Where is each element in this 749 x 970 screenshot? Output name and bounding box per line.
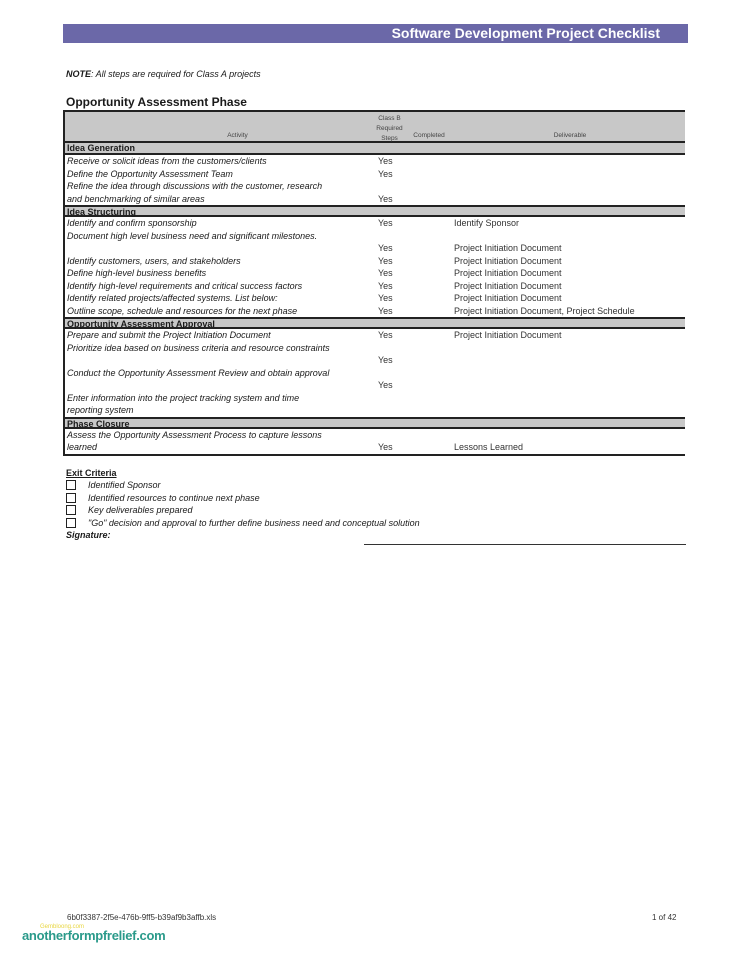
deliverable-cell: Project Initiation Document — [454, 255, 562, 268]
required-cell: Yes — [378, 168, 393, 181]
exit-criteria-item: "Go" decision and approval to further de… — [66, 517, 420, 530]
activity-cell: Outline scope, schedule and resources fo… — [65, 305, 365, 318]
exit-criteria: Exit Criteria Identified SponsorIdentifi… — [66, 467, 420, 541]
required-cell: Yes — [378, 280, 393, 293]
exit-criteria-item: Identified Sponsor — [66, 479, 420, 492]
activity-cell: Prioritize idea based on business criter… — [65, 342, 365, 367]
signature-label: Signature: — [66, 529, 420, 541]
required-cell: Yes — [378, 255, 393, 268]
column-header-activity: Activity — [65, 132, 410, 139]
required-cell: Yes — [378, 305, 393, 318]
deliverable-cell: Lessons Learned — [454, 441, 523, 454]
required-cell: Yes — [378, 242, 393, 255]
checkbox[interactable] — [66, 480, 76, 490]
deliverable-cell: Project Initiation Document, Project Sch… — [454, 305, 635, 318]
activity-line — [67, 242, 365, 255]
activity-line: Enter information into the project track… — [67, 392, 365, 405]
required-cell: Yes — [378, 441, 393, 454]
activity-line: Refine the idea through discussions with… — [67, 180, 365, 193]
required-cell: Yes — [378, 354, 393, 367]
section-header: Opportunity Assessment Approval — [65, 317, 685, 329]
activity-cell: Refine the idea through discussions with… — [65, 180, 365, 205]
table-row: Outline scope, schedule and resources fo… — [65, 305, 685, 318]
activity-line — [67, 354, 365, 367]
activity-line: Define the Opportunity Assessment Team — [67, 168, 365, 181]
section-header: Idea Structuring — [65, 205, 685, 217]
note: NOTE: All steps are required for Class A… — [66, 69, 261, 79]
deliverable-cell: Project Initiation Document — [454, 267, 562, 280]
signature-line[interactable] — [364, 544, 686, 545]
exit-criteria-list: Identified SponsorIdentified resources t… — [66, 479, 420, 529]
activity-line: Define high-level business benefits — [67, 267, 365, 280]
activity-line: learned — [67, 441, 365, 454]
activity-line: Document high level business need and si… — [67, 230, 365, 243]
table-row: Conduct the Opportunity Assessment Revie… — [65, 367, 685, 392]
exit-criteria-label: Identified Sponsor — [88, 480, 161, 490]
activity-cell: Conduct the Opportunity Assessment Revie… — [65, 367, 365, 392]
table-row: Assess the Opportunity Assessment Proces… — [65, 429, 685, 456]
table-body: Idea GenerationReceive or solicit ideas … — [65, 143, 685, 456]
table-row: Prioritize idea based on business criter… — [65, 342, 685, 367]
class-b-line1: Class B — [367, 114, 412, 124]
activity-cell: Define the Opportunity Assessment Team — [65, 168, 365, 181]
table-row: Receive or solicit ideas from the custom… — [65, 155, 685, 168]
activity-cell: Identify related projects/affected syste… — [65, 292, 365, 305]
activity-line: Identify related projects/affected syste… — [67, 292, 365, 305]
deliverable-cell: Project Initiation Document — [454, 242, 562, 255]
required-cell: Yes — [378, 329, 393, 342]
activity-line: Assess the Opportunity Assessment Proces… — [67, 429, 365, 442]
table-row: Define the Opportunity Assessment TeamYe… — [65, 168, 685, 181]
watermark-overlay: Gembloong.com — [40, 924, 84, 930]
footer-filename: 6b0f3387-2f5e-476b-9ff5-b39af9b3affb.xls — [67, 913, 216, 922]
exit-criteria-item: Key deliverables prepared — [66, 504, 420, 517]
checkbox[interactable] — [66, 505, 76, 515]
required-cell: Yes — [378, 193, 393, 206]
activity-line: Prepare and submit the Project Initiatio… — [67, 329, 365, 342]
checkbox[interactable] — [66, 518, 76, 528]
table-header: Activity Class B Required Steps Complete… — [65, 110, 685, 143]
activity-cell: Identify customers, users, and stakehold… — [65, 255, 365, 268]
activity-line: and benchmarking of similar areas — [67, 193, 365, 206]
table-row: Document high level business need and si… — [65, 230, 685, 255]
exit-criteria-label: Key deliverables prepared — [88, 505, 193, 515]
required-cell: Yes — [378, 379, 393, 392]
exit-criteria-item: Identified resources to continue next ph… — [66, 492, 420, 505]
table-row: Identify customers, users, and stakehold… — [65, 255, 685, 268]
required-cell: Yes — [378, 155, 393, 168]
checklist-table: Activity Class B Required Steps Complete… — [63, 110, 685, 456]
activity-cell: Prepare and submit the Project Initiatio… — [65, 329, 365, 342]
column-header-deliverable: Deliverable — [450, 132, 690, 139]
section-header: Idea Generation — [65, 143, 685, 155]
activity-cell: Receive or solicit ideas from the custom… — [65, 155, 365, 168]
required-cell: Yes — [378, 267, 393, 280]
activity-line — [67, 379, 365, 392]
phase-title: Opportunity Assessment Phase — [66, 95, 247, 109]
note-label: NOTE — [66, 69, 91, 79]
activity-line: Outline scope, schedule and resources fo… — [67, 305, 365, 318]
activity-line: Identify high-level requirements and cri… — [67, 280, 365, 293]
column-header-class-b: Class B Required Steps — [367, 114, 412, 144]
exit-criteria-label: "Go" decision and approval to further de… — [88, 518, 420, 528]
exit-criteria-title: Exit Criteria — [66, 467, 420, 479]
exit-criteria-label: Identified resources to continue next ph… — [88, 493, 260, 503]
checkbox[interactable] — [66, 493, 76, 503]
activity-line: Identify and confirm sponsorship — [67, 217, 365, 230]
deliverable-cell: Project Initiation Document — [454, 292, 562, 305]
activity-cell: Identify high-level requirements and cri… — [65, 280, 365, 293]
table-row: Identify related projects/affected syste… — [65, 292, 685, 305]
activity-line: Prioritize idea based on business criter… — [67, 342, 365, 355]
activity-line: Conduct the Opportunity Assessment Revie… — [67, 367, 365, 380]
column-header-completed: Completed — [403, 132, 455, 139]
table-row: Define high-level business benefitsYesPr… — [65, 267, 685, 280]
note-text: : All steps are required for Class A pro… — [91, 69, 261, 79]
table-row: Refine the idea through discussions with… — [65, 180, 685, 205]
document-title: Software Development Project Checklist — [392, 25, 660, 41]
table-row: Prepare and submit the Project Initiatio… — [65, 329, 685, 342]
deliverable-cell: Project Initiation Document — [454, 329, 562, 342]
required-cell: Yes — [378, 292, 393, 305]
watermark-main: anotherformpfrelief.com — [22, 928, 165, 943]
activity-cell: Enter information into the project track… — [65, 392, 365, 417]
deliverable-cell: Project Initiation Document — [454, 280, 562, 293]
activity-cell: Document high level business need and si… — [65, 230, 365, 255]
activity-line: Identify customers, users, and stakehold… — [67, 255, 365, 268]
activity-cell: Identify and confirm sponsorship — [65, 217, 365, 230]
required-cell: Yes — [378, 217, 393, 230]
section-header: Phase Closure — [65, 417, 685, 429]
table-row: Identify and confirm sponsorshipYesIdent… — [65, 217, 685, 230]
activity-line: Receive or solicit ideas from the custom… — [67, 155, 365, 168]
footer-page-number: 1 of 42 — [652, 913, 676, 922]
deliverable-cell: Identify Sponsor — [454, 217, 519, 230]
activity-cell: Define high-level business benefits — [65, 267, 365, 280]
activity-cell: Assess the Opportunity Assessment Proces… — [65, 429, 365, 454]
activity-line: reporting system — [67, 404, 365, 417]
table-row: Enter information into the project track… — [65, 392, 685, 417]
document-title-bar: Software Development Project Checklist — [63, 24, 688, 43]
table-row: Identify high-level requirements and cri… — [65, 280, 685, 293]
